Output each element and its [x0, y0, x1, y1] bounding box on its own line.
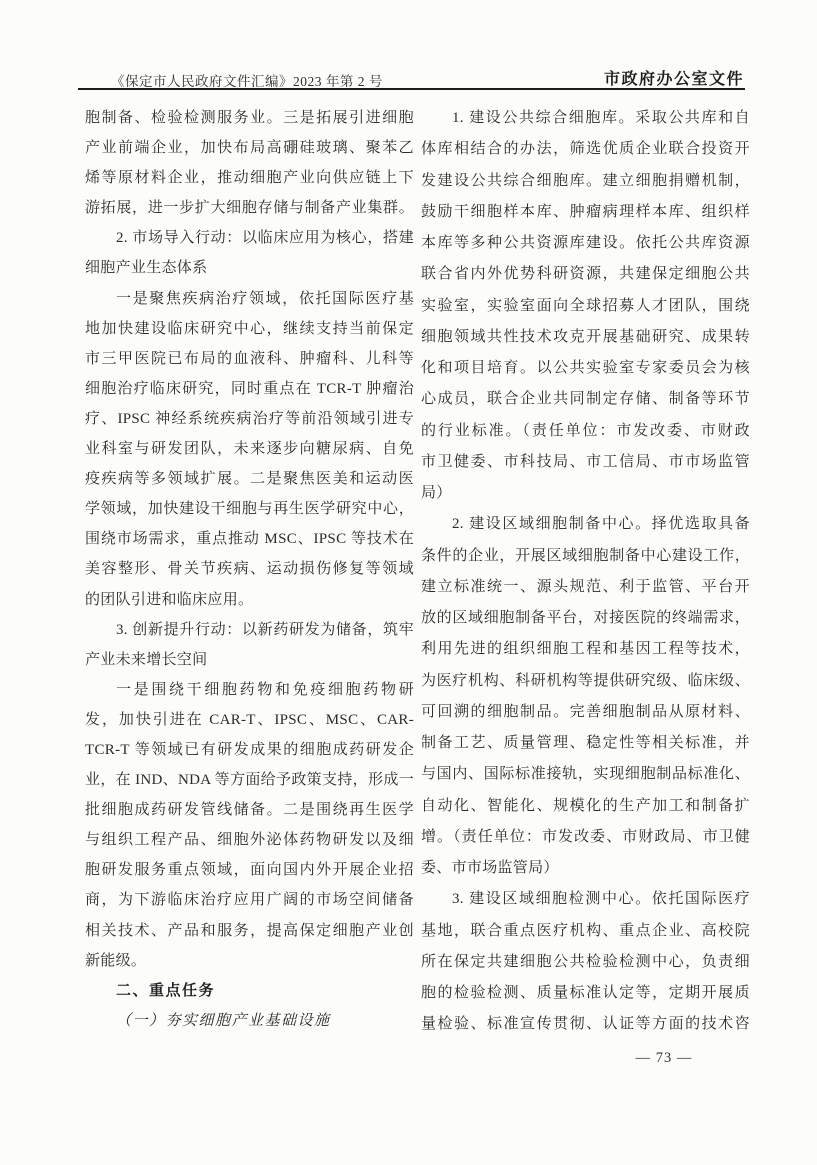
text-line: 批细胞成药研发管线储备。二是围绕再生医学: [85, 795, 414, 825]
text-line: 发，加快引进在 CAR-T、IPSC、MSC、CAR-NK、: [85, 705, 414, 735]
text-line: 地加快建设临床研究中心，继续支持当前保定: [85, 314, 414, 344]
text-line: 胞的检验检测、质量标准认定等，定期开展质: [421, 978, 750, 1009]
text-line: 与组织工程产品、细胞外泌体药物研发以及细: [85, 825, 414, 855]
text-line: 的行业标准。（责任单位：市发改委、市财政局、: [421, 416, 750, 447]
left-text-column: 胞制备、检验检测服务业。三是拓展引进细胞产业前端企业，加快布局高硼硅玻璃、聚苯乙…: [85, 103, 414, 1036]
text-line: 2. 建设区域细胞制备中心。择优选取具备: [421, 509, 750, 540]
text-line: 新能级。: [85, 946, 414, 976]
text-line: 烯等原材料企业，推动细胞产业向供应链上下: [85, 163, 414, 193]
text-line: 疗、IPSC 神经系统疾病治疗等前沿领域引进专: [85, 404, 414, 434]
text-line: 业科室与研发团队，未来逐步向糖尿病、自免: [85, 434, 414, 464]
text-line: 心成员，联合企业共同制定存储、制备等环节: [421, 384, 750, 415]
text-line: 的团队引进和临床应用。: [85, 585, 414, 615]
text-line: 实验室，实验室面向全球招募人才团队，围绕: [421, 291, 750, 322]
text-line: 体库相结合的办法，筛选优质企业联合投资开: [421, 134, 750, 165]
text-line: 3. 创新提升行动：以新药研发为储备，筑牢: [85, 615, 414, 645]
text-line: 胞制备、检验检测服务业。三是拓展引进细胞: [85, 103, 414, 133]
page-number: — 73 —: [613, 1050, 715, 1067]
text-line: 二、重点任务: [85, 976, 414, 1006]
text-line: 市三甲医院已布局的血液科、肿瘤科、儿科等: [85, 344, 414, 374]
text-line: 放的区域细胞制备平台，对接医院的终端需求，: [421, 603, 750, 634]
text-line: 为医疗机构、科研机构等提供研究级、临床级、: [421, 666, 750, 697]
text-line: 产业前端企业，加快布局高硼硅玻璃、聚苯乙: [85, 133, 414, 163]
text-line: 美容整形、骨关节疾病、运动损伤修复等领域: [85, 554, 414, 584]
text-line: 3. 建设区域细胞检测中心。依托国际医疗: [421, 884, 750, 915]
text-line: 鼓励干细胞样本库、肿瘤病理样本库、组织样: [421, 197, 750, 228]
text-line: 围绕市场需求，重点推动 MSC、IPSC 等技术在: [85, 524, 414, 554]
text-line: 疫疾病等多领域扩展。二是聚焦医美和运动医: [85, 464, 414, 494]
text-line: 学领域，加快建设干细胞与再生医学研究中心，: [85, 494, 414, 524]
text-line: 制备工艺、质量管理、稳定性等相关标准，并: [421, 728, 750, 759]
text-line: 建立标准统一、源头规范、利于监管、平台开: [421, 572, 750, 603]
text-line: 委、市市场监管局）: [421, 853, 750, 884]
header-rule: [78, 88, 745, 90]
document-category-label: 市政府办公室文件: [604, 66, 744, 89]
text-line: 发建设公共综合细胞库。建立细胞捐赠机制，: [421, 166, 750, 197]
text-line: 游拓展，进一步扩大细胞存储与制备产业集群。: [85, 193, 414, 223]
text-line: 业，在 IND、NDA 等方面给予政策支持，形成一: [85, 765, 414, 795]
text-line: 产业未来增长空间: [85, 645, 414, 675]
text-line: 增。（责任单位：市发改委、市财政局、市卫健: [421, 822, 750, 853]
text-line: 化和项目培育。以公共实验室专家委员会为核: [421, 353, 750, 384]
text-line: 条件的企业，开展区域细胞制备中心建设工作，: [421, 541, 750, 572]
text-line: 本库等多种公共资源库建设。依托公共库资源: [421, 228, 750, 259]
right-text-column: 1. 建设公共综合细胞库。采取公共库和自体库相结合的办法，筛选优质企业联合投资开…: [421, 103, 750, 1041]
page-header: 《保定市人民政府文件汇编》2023 年第 2 号 市政府办公室文件: [78, 66, 745, 88]
text-line: 基地，联合重点医疗机构、重点企业、高校院: [421, 916, 750, 947]
text-line: 1. 建设公共综合细胞库。采取公共库和自: [421, 103, 750, 134]
text-line: 细胞产业生态体系: [85, 253, 414, 283]
text-line: 局）: [421, 478, 750, 509]
text-line: 一是聚焦疾病治疗领域，依托国际医疗基: [85, 284, 414, 314]
text-line: 细胞治疗临床研究，同时重点在 TCR-T 肿瘤治: [85, 374, 414, 404]
text-line: 市卫健委、市科技局、市工信局、市市场监管: [421, 447, 750, 478]
text-line: 胞研发服务重点领域，面向国内外开展企业招: [85, 855, 414, 885]
document-page: 《保定市人民政府文件汇编》2023 年第 2 号 市政府办公室文件 胞制备、检验…: [0, 0, 817, 1165]
text-line: 2. 市场导入行动：以临床应用为核心，搭建: [85, 223, 414, 253]
text-line: 可回溯的细胞制品。完善细胞制品从原材料、: [421, 697, 750, 728]
text-line: 细胞领域共性技术攻克开展基础研究、成果转: [421, 322, 750, 353]
text-line: 与国内、国际标准接轨，实现细胞制品标准化、: [421, 759, 750, 790]
publication-title: 《保定市人民政府文件汇编》2023 年第 2 号: [111, 70, 383, 90]
text-line: 利用先进的组织细胞工程和基因工程等技术，: [421, 634, 750, 665]
text-line: 相关技术、产品和服务，提高保定细胞产业创: [85, 916, 414, 946]
text-line: 自动化、智能化、规模化的生产加工和制备扩: [421, 791, 750, 822]
text-line: 商，为下游临床治疗应用广阔的市场空间储备: [85, 885, 414, 915]
text-line: 量检验、标准宣传贯彻、认证等方面的技术咨: [421, 1009, 750, 1040]
text-line: 所在保定共建细胞公共检验检测中心，负责细: [421, 947, 750, 978]
text-line: 联合省内外优势科研资源，共建保定细胞公共: [421, 259, 750, 290]
text-line: （一）夯实细胞产业基础设施: [85, 1006, 414, 1036]
text-line: TCR-T 等领域已有研发成果的细胞成药研发企: [85, 735, 414, 765]
text-line: 一是围绕干细胞药物和免疫细胞药物研: [85, 675, 414, 705]
